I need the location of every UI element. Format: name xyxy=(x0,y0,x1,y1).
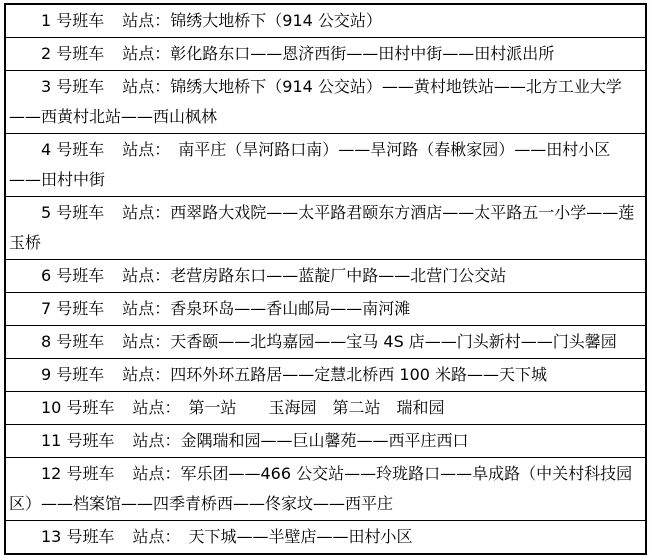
station-prefix-label: 站点： xyxy=(132,527,172,546)
route-stations-text: 第一站 玉海园 第二站 瑞和园 xyxy=(172,398,444,417)
station-prefix-label: 站点： xyxy=(132,398,172,417)
station-prefix-label: 站点： xyxy=(122,332,170,351)
route-cell: 12 号班车站点：军乐团——466 公交站——玲珑路口——阜成路（中关村科技园区… xyxy=(5,458,646,521)
bus-route-table-body: 1 号班车站点：锦绣大地桥下（914 公交站）2 号班车站点：彰化路东口——恩济… xyxy=(5,4,646,554)
station-prefix-label: 站点： xyxy=(122,203,170,222)
bus-number-label: 10 号班车 xyxy=(41,398,114,417)
bus-number-label: 2 号班车 xyxy=(41,44,104,63)
bus-number-label: 5 号班车 xyxy=(41,203,104,222)
route-cell: 10 号班车站点： 第一站 玉海园 第二站 瑞和园 xyxy=(5,392,646,425)
table-row: 3 号班车站点：锦绣大地桥下（914 公交站）——黄村地铁站——北方工业大学——… xyxy=(5,71,646,134)
route-stations-text: 金隅瑞和园——巨山馨苑——西平庄西口 xyxy=(180,431,468,450)
table-row: 11 号班车站点：金隅瑞和园——巨山馨苑——西平庄西口 xyxy=(5,425,646,458)
route-cell: 4 号班车站点： 南平庄（旱河路口南）——旱河路（春楸家园）——田村小区——田村… xyxy=(5,134,646,197)
table-row: 4 号班车站点： 南平庄（旱河路口南）——旱河路（春楸家园）——田村小区——田村… xyxy=(5,134,646,197)
bus-number-label: 12 号班车 xyxy=(41,464,114,483)
route-cell: 1 号班车站点：锦绣大地桥下（914 公交站） xyxy=(5,4,646,38)
table-row: 1 号班车站点：锦绣大地桥下（914 公交站） xyxy=(5,4,646,38)
bus-number-label: 13 号班车 xyxy=(41,527,114,546)
route-cell: 2 号班车站点：彰化路东口——恩济西街——田村中街——田村派出所 xyxy=(5,38,646,71)
route-stations-text: 锦绣大地桥下（914 公交站） xyxy=(170,11,382,30)
bus-number-label: 4 号班车 xyxy=(41,140,104,159)
bus-number-label: 8 号班车 xyxy=(41,332,104,351)
station-prefix-label: 站点： xyxy=(122,299,170,318)
table-row: 5 号班车站点：西翠路大戏院——太平路君颐东方酒店——太平路五一小学——莲玉桥 xyxy=(5,197,646,260)
route-stations-text: 香泉环岛——香山邮局——南河滩 xyxy=(170,299,410,318)
table-row: 6 号班车站点：老营房路东口——蓝靛厂中路——北营门公交站 xyxy=(5,260,646,293)
bus-number-label: 9 号班车 xyxy=(41,365,104,384)
table-row: 9 号班车站点：四环外环五路居——定慧北桥西 100 米路——天下城 xyxy=(5,359,646,392)
document-page: 1 号班车站点：锦绣大地桥下（914 公交站）2 号班车站点：彰化路东口——恩济… xyxy=(0,0,651,554)
table-row: 13 号班车站点： 天下城——半壁店——田村小区 xyxy=(5,521,646,555)
route-cell: 13 号班车站点： 天下城——半壁店——田村小区 xyxy=(5,521,646,555)
route-cell: 5 号班车站点：西翠路大戏院——太平路君颐东方酒店——太平路五一小学——莲玉桥 xyxy=(5,197,646,260)
station-prefix-label: 站点： xyxy=(122,140,162,159)
route-stations-text: 天香颐——北坞嘉园——宝马 4S 店——门头新村——门头馨园 xyxy=(170,332,617,351)
bus-number-label: 6 号班车 xyxy=(41,266,104,285)
station-prefix-label: 站点： xyxy=(122,365,170,384)
bus-number-label: 1 号班车 xyxy=(41,11,104,30)
route-cell: 7 号班车站点：香泉环岛——香山邮局——南河滩 xyxy=(5,293,646,326)
station-prefix-label: 站点： xyxy=(122,266,170,285)
bus-route-table: 1 号班车站点：锦绣大地桥下（914 公交站）2 号班车站点：彰化路东口——恩济… xyxy=(4,3,647,555)
route-cell: 8 号班车站点：天香颐——北坞嘉园——宝马 4S 店——门头新村——门头馨园 xyxy=(5,326,646,359)
route-stations-text: 彰化路东口——恩济西街——田村中街——田村派出所 xyxy=(170,44,554,63)
station-prefix-label: 站点： xyxy=(132,464,180,483)
route-cell: 6 号班车站点：老营房路东口——蓝靛厂中路——北营门公交站 xyxy=(5,260,646,293)
bus-number-label: 11 号班车 xyxy=(41,431,114,450)
bus-number-label: 3 号班车 xyxy=(41,77,104,96)
table-row: 8 号班车站点：天香颐——北坞嘉园——宝马 4S 店——门头新村——门头馨园 xyxy=(5,326,646,359)
route-cell: 11 号班车站点：金隅瑞和园——巨山馨苑——西平庄西口 xyxy=(5,425,646,458)
station-prefix-label: 站点： xyxy=(122,77,170,96)
bus-number-label: 7 号班车 xyxy=(41,299,104,318)
table-row: 10 号班车站点： 第一站 玉海园 第二站 瑞和园 xyxy=(5,392,646,425)
station-prefix-label: 站点： xyxy=(132,431,180,450)
route-stations-text: 天下城——半壁店——田村小区 xyxy=(172,527,412,546)
route-stations-text: 老营房路东口——蓝靛厂中路——北营门公交站 xyxy=(170,266,506,285)
table-row: 7 号班车站点：香泉环岛——香山邮局——南河滩 xyxy=(5,293,646,326)
table-row: 12 号班车站点：军乐团——466 公交站——玲珑路口——阜成路（中关村科技园区… xyxy=(5,458,646,521)
station-prefix-label: 站点： xyxy=(122,44,170,63)
route-stations-text: 四环外环五路居——定慧北桥西 100 米路——天下城 xyxy=(170,365,547,384)
station-prefix-label: 站点： xyxy=(122,11,170,30)
table-row: 2 号班车站点：彰化路东口——恩济西街——田村中街——田村派出所 xyxy=(5,38,646,71)
route-cell: 9 号班车站点：四环外环五路居——定慧北桥西 100 米路——天下城 xyxy=(5,359,646,392)
route-cell: 3 号班车站点：锦绣大地桥下（914 公交站）——黄村地铁站——北方工业大学——… xyxy=(5,71,646,134)
